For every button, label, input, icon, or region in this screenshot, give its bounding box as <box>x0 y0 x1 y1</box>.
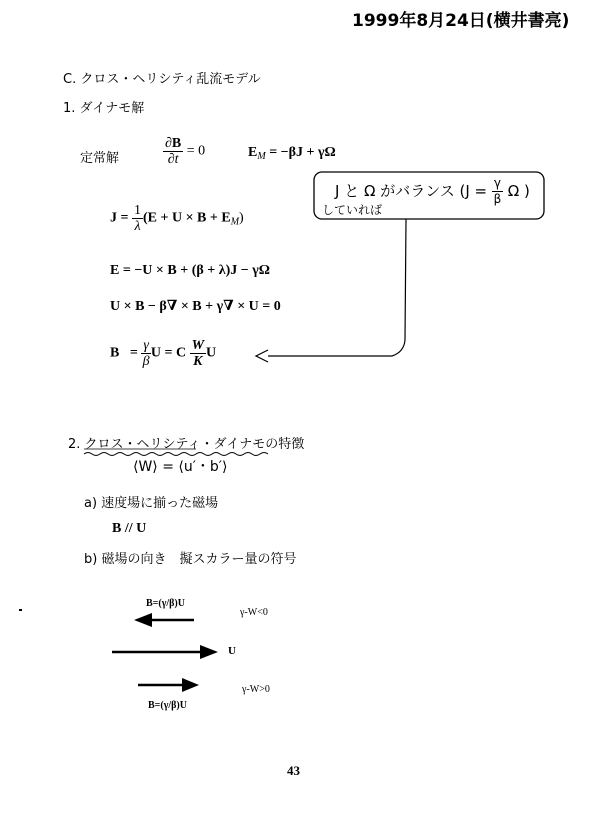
annotation-omega-text: Ω ) <box>508 182 530 200</box>
handwritten-cross-helicity-def: ⟨W⟩ = ⟨u′・b′⟩ <box>133 456 227 476</box>
arrow-head-icon <box>256 350 268 362</box>
section-2-title: 2. クロス・ヘリシティ・ダイナモの特徴 <box>68 433 304 452</box>
annotation-connector <box>0 0 595 819</box>
item-b: b) 磁場の向き 擬スカラー量の符号 <box>84 548 296 567</box>
stray-mark <box>19 609 22 611</box>
diagram-u-label: U <box>228 645 236 657</box>
item-a-equation: B // U <box>112 521 146 537</box>
annotation-balance-text: J と Ω がバランス (J = <box>335 182 487 200</box>
diagram-bottom-condition: γ-W>0 <box>242 684 270 695</box>
item-a: a) 速度場に揃った磁場 <box>84 492 218 511</box>
annotation-frac-den: β <box>492 192 503 207</box>
arrow-u-head-icon <box>200 645 218 659</box>
connector-line <box>268 219 406 356</box>
page-number: 43 <box>287 763 300 779</box>
annotation-frac-num: γ <box>492 176 503 192</box>
diagram-top-condition: γ-W<0 <box>240 607 268 618</box>
diagram-bottom-label: B=(γ/β)U <box>148 700 187 711</box>
arrow-right-head-icon <box>182 678 199 692</box>
annotation-text-line2: していれば <box>322 201 382 218</box>
arrow-left-head-icon <box>134 613 152 627</box>
diagram-top-label: B=(γ/β)U <box>146 598 185 609</box>
